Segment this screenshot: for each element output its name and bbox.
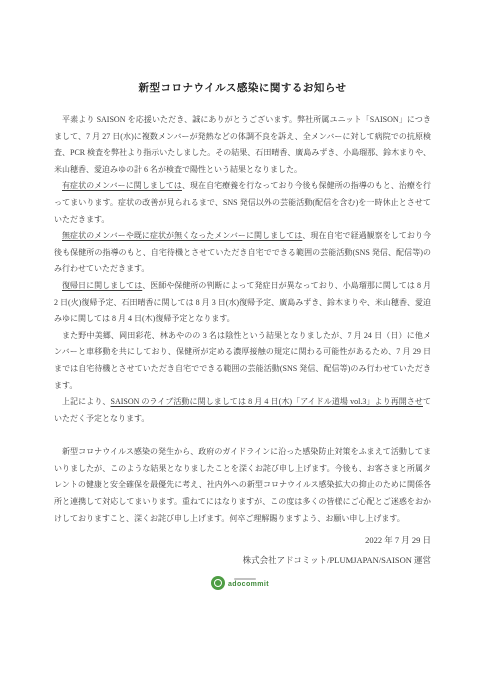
paragraph-text: 上記により、 [62, 397, 111, 406]
paragraph-intro: 平素より SAISON を応援いただき、誠にありがとうございます。弊社所属ユニッ… [54, 112, 431, 178]
notice-document: 新型コロナウイルス感染に関するお知らせ 平素より SAISON を応援いただき、… [54, 80, 431, 570]
adocommit-logo-icon [211, 576, 225, 590]
paragraph-text-underlined: 復帰日に関しましては [62, 281, 142, 290]
paragraph-text-underlined: 有症状のメンバーに関しましては [62, 181, 182, 190]
logo-text-block: adocommit [228, 578, 269, 589]
paragraph-live-restart: 上記により、SAISON のライブ活動に関しましては 8 月 4 日(木)「アイ… [54, 394, 431, 427]
paragraph-apology: 新型コロナウイルス感染の発生から、政府のガイドラインに沿った感染防止対策をふまえ… [54, 444, 431, 527]
footer-logo-row: adocommit [0, 576, 480, 590]
notice-title: 新型コロナウイルス感染に関するお知らせ [54, 80, 431, 95]
paragraph-asymptomatic: 無症状のメンバーや既に症状が無くなったメンバーに関しましては、現在自宅で経過観察… [54, 228, 431, 278]
date-line: 2022 年 7 月 29 日 [54, 530, 431, 550]
paragraph-return-dates: 復帰日に関しましては、医師や保健所の判断によって発症日が異なっており、小島瑠那に… [54, 278, 431, 328]
paragraph-text: 新型コロナウイルス感染の発生から、政府のガイドラインに沿った感染防止対策をふまえ… [54, 447, 431, 522]
notice-page: 新型コロナウイルス感染に関するお知らせ 平素より SAISON を応援いただき、… [0, 0, 480, 680]
notice-meta: 2022 年 7 月 29 日 株式会社アドコミット/PLUMJAPAN/SAI… [54, 530, 431, 570]
paragraph-negative-members: また野中美郷、岡田彩花、林あやのの 3 名は陰性という結果となりましたが、7 月… [54, 328, 431, 394]
logo-core-ring [214, 579, 222, 587]
logo-wordmark: adocommit [228, 581, 269, 588]
paragraph-text-underlined: SAISON のライブ活動に関しましては 8 月 4 日(木)「アイドル道場 v… [111, 397, 424, 406]
signature-line: 株式会社アドコミット/PLUMJAPAN/SAISON 運営 [54, 550, 431, 570]
paragraph-text: また野中美郷、岡田彩花、林あやのの 3 名は陰性という結果となりましたが、7 月… [54, 331, 431, 390]
paragraph-text-underlined: 無症状のメンバーや既に症状が無くなったメンバーに関しましては [62, 231, 302, 240]
adocommit-logo: adocommit [211, 576, 269, 590]
paragraph-symptomatic: 有症状のメンバーに関しましては、現在自宅療養を行なっており今後も保健所の指導のも… [54, 178, 431, 228]
logo-tagline-decoration [234, 578, 256, 580]
paragraph-text: 平素より SAISON を応援いただき、誠にありがとうございます。弊社所属ユニッ… [54, 115, 431, 174]
